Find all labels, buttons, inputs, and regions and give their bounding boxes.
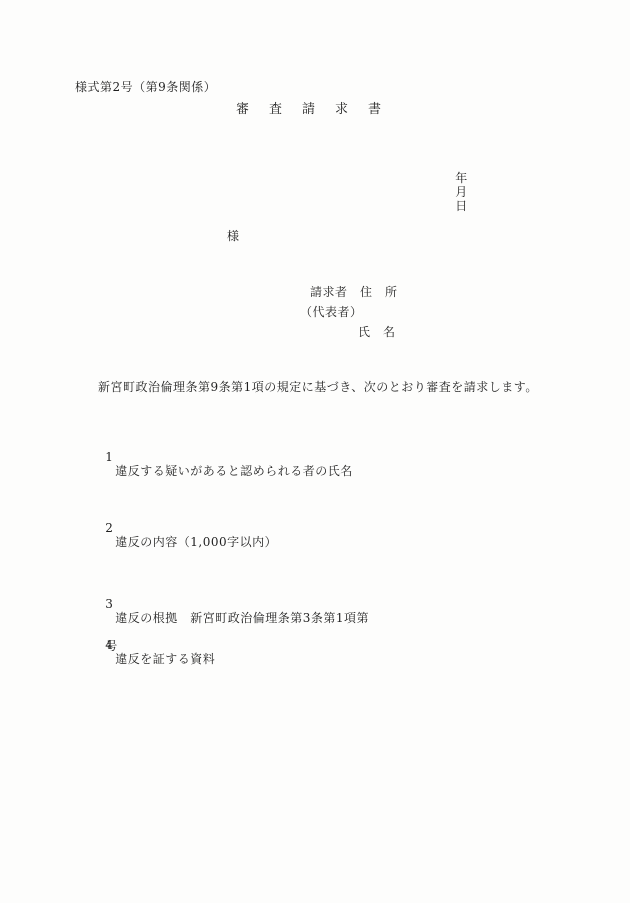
document-title: 審査請求書	[236, 102, 401, 118]
item-1: 1 違反する疑いがあると認められる者の氏名	[88, 436, 353, 492]
item-3-text: 違反の根拠 新宮町政治倫理条第3条第1項第	[115, 611, 369, 625]
representative-line: （代表者）	[300, 305, 363, 319]
item-3-number: 3	[105, 597, 113, 611]
year-label: 年	[455, 171, 468, 185]
item-4: 4 違反を証する資料	[88, 624, 215, 680]
month-label: 月	[455, 185, 468, 199]
addressee-honorific-label: 様	[227, 229, 240, 243]
day-label: 日	[455, 199, 468, 213]
item-1-text: 違反する疑いがあると認められる者の氏名	[115, 464, 353, 478]
requester-address-line: 請求者 住 所	[310, 285, 398, 299]
item-2-text: 違反の内容（1,000字以内）	[115, 535, 277, 549]
item-1-number: 1	[105, 450, 113, 464]
document-page: 様式第2号（第9条関係） 審査請求書 年 月 日 様 請求者 住 所 （代表者）…	[0, 0, 630, 903]
item-2: 2 違反の内容（1,000字以内）	[88, 507, 277, 563]
requester-name-line: 氏 名	[358, 325, 396, 339]
date-line: 年 月 日	[438, 157, 492, 227]
form-number: 様式第2号（第9条関係）	[75, 80, 216, 94]
body-paragraph: 新宮町政治倫理条第9条第1項の規定に基づき、次のとおり審査を請求します。	[98, 380, 538, 394]
item-2-number: 2	[105, 521, 113, 535]
item-4-number: 4	[105, 638, 113, 652]
item-4-text: 違反を証する資料	[115, 652, 215, 666]
